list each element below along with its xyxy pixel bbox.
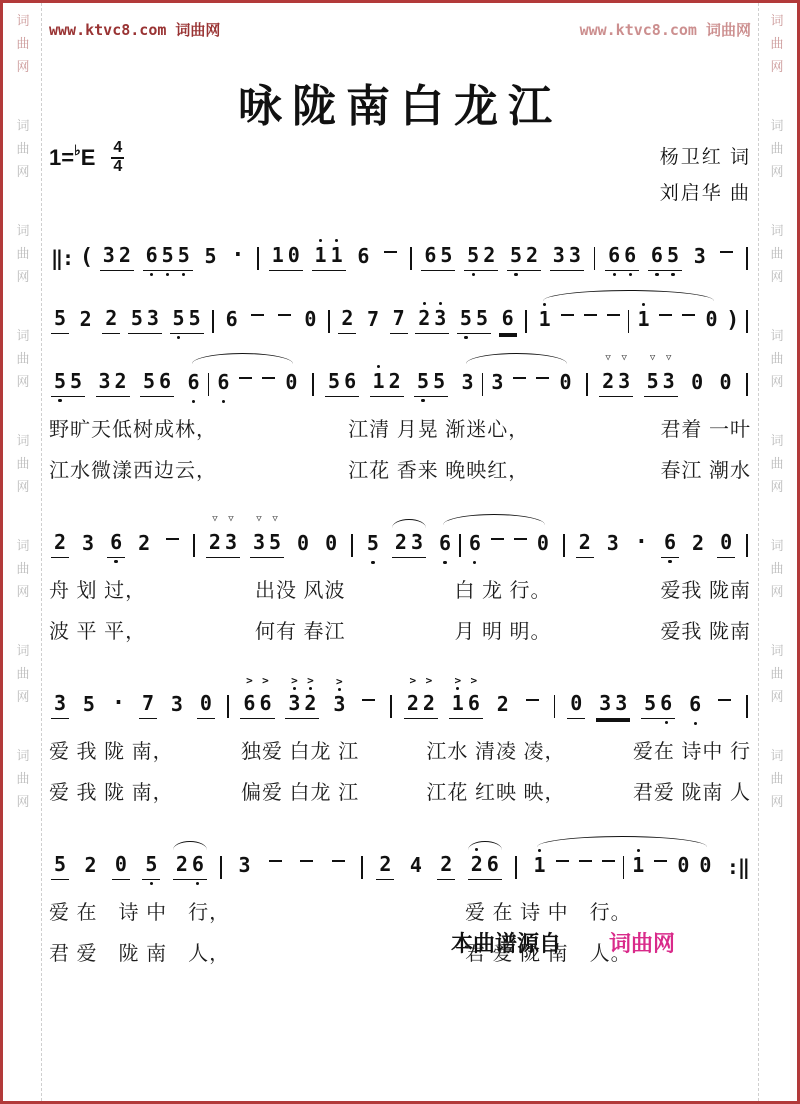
note-digit: 0 <box>718 370 734 394</box>
note-digit: 2> <box>405 691 421 715</box>
octave-dot-below <box>196 882 199 885</box>
note: 6 <box>499 306 517 334</box>
note-digit: 3 <box>489 370 505 394</box>
watermark-group: 词曲网 <box>16 744 29 813</box>
lyric-phrase: 爱 我 陇 南， <box>49 776 174 805</box>
note-digit <box>382 240 399 268</box>
note: 52 <box>507 243 541 271</box>
note-digit: 2 <box>690 531 706 555</box>
digit-glyph: 3 <box>491 370 503 394</box>
note-digit: 2> <box>421 691 437 715</box>
octave-dot-below <box>443 561 446 564</box>
octave-dot-below <box>166 273 169 276</box>
note-digit: 2 <box>393 530 409 554</box>
digit-glyph: 3 <box>569 243 581 267</box>
note: 4 <box>407 853 425 880</box>
note: 55 <box>414 369 448 397</box>
note-digit <box>582 303 599 331</box>
digit-glyph: 3 <box>333 692 345 716</box>
digit-glyph: 6 <box>217 370 229 394</box>
note-digit <box>237 366 254 394</box>
barline <box>212 310 214 333</box>
digit-glyph: 0 <box>677 853 689 877</box>
note <box>163 527 182 558</box>
note-digit: 0 <box>286 243 302 267</box>
accent-mark: > <box>410 676 417 685</box>
digit-glyph: 6 <box>439 531 451 555</box>
barline <box>746 534 748 557</box>
tie-slur: 330 <box>457 366 577 397</box>
note-digit: 3> <box>331 692 347 716</box>
digit-glyph: 6 <box>243 691 255 715</box>
note: 6>6> <box>240 691 274 719</box>
accent-mark: > <box>246 676 253 685</box>
digit-glyph: 0 <box>297 531 309 555</box>
note-digit: 1 <box>371 369 387 393</box>
duration-dash <box>278 303 291 327</box>
watermark-group: 词曲网 <box>16 219 29 288</box>
lyrics-row: 爱 我 陇 南，偏爱 白龙 江江花 红映 映，君爱 陇南 人 <box>49 776 751 805</box>
music-line-3: 5532566605612553302▽3▽5▽3▽00 <box>49 348 751 409</box>
digit-glyph: 3 <box>434 306 446 330</box>
note: 2 <box>437 852 455 880</box>
note <box>656 303 675 334</box>
digit-glyph: 2 <box>389 369 401 393</box>
lyrics-row: 野旷天低树成林，江清 月晃 渐迷心，君着 一叶 <box>49 413 751 442</box>
note: 3>2> <box>285 691 319 719</box>
note: 2 <box>81 853 99 880</box>
note-digit: · <box>110 692 127 716</box>
digit-glyph: 0 <box>559 370 571 394</box>
note-digit: 0 <box>295 531 311 555</box>
lyric-phrase: 爱我 陇南 <box>660 615 751 644</box>
note-digit: 2 <box>82 853 98 877</box>
note-digit: 2▽ <box>600 369 616 393</box>
key-letter: E <box>81 145 96 171</box>
digit-glyph: 2 <box>80 307 92 331</box>
note-digit: 2 <box>387 369 403 393</box>
note-digit <box>657 303 674 331</box>
duration-dash <box>602 849 615 873</box>
watermark-group: 词曲网 <box>770 219 783 288</box>
digit-glyph: 5 <box>162 243 174 267</box>
digit-glyph: 3 <box>411 530 423 554</box>
octave-dot-below <box>222 400 225 403</box>
watermark-group: 词曲网 <box>16 429 29 498</box>
note-digit: 3 <box>605 531 621 555</box>
digit-glyph: 6 <box>357 244 369 268</box>
digit-glyph: 1 <box>452 691 464 715</box>
note: 2 <box>576 530 594 558</box>
footer-site-link[interactable]: 词曲网 <box>609 927 675 958</box>
note: 3 <box>51 691 69 719</box>
note-digit: 5 <box>176 243 192 267</box>
note-digit: 5 <box>171 306 187 330</box>
site-link-right[interactable]: www.ktvc8.com 词曲网 <box>580 19 751 40</box>
lyric-phrase: 爱 在 诗 中 行， <box>49 896 230 925</box>
digit-glyph: 0 <box>288 243 300 267</box>
barline <box>328 310 330 333</box>
lyric-phrase: 君爱 陇南 人 <box>633 776 751 805</box>
note-digit: 6 <box>157 369 173 393</box>
note: 0 <box>322 531 340 558</box>
duration-dash <box>166 527 179 551</box>
digit-glyph: 2 <box>209 530 221 554</box>
note: 65 <box>648 243 682 271</box>
digit-glyph: 2 <box>304 691 316 715</box>
digit-glyph: 5 <box>328 369 340 393</box>
digit-glyph: 3 <box>607 531 619 555</box>
note-digit: 3 <box>97 369 113 393</box>
note: 52 <box>464 243 498 271</box>
digit-glyph: 7 <box>367 307 379 331</box>
note-digit: 2▽ <box>207 530 223 554</box>
digit-glyph: 6 <box>226 307 238 331</box>
accent-mark: > <box>262 676 269 685</box>
digit-glyph: 0 <box>705 307 717 331</box>
octave-dot-below <box>694 722 697 725</box>
duration-dash <box>513 366 526 390</box>
note: 5 <box>142 852 160 880</box>
note-digit: · <box>229 244 246 268</box>
octave-dot-above <box>538 849 541 852</box>
lyrics-row: 波 平 平，何有 春江月 明 明。爱我 陇南 <box>49 615 751 644</box>
digit-glyph: 6 <box>660 691 672 715</box>
note: 0 <box>696 853 714 880</box>
note-digit: 0 <box>703 307 719 331</box>
barline <box>554 695 556 718</box>
digit-glyph: 2 <box>423 691 435 715</box>
score-system: 52253556027723556110) <box>49 285 751 346</box>
note: 1 <box>530 853 548 880</box>
note-digit: 3 <box>169 692 185 716</box>
lyric-phrase: 野旷天低树成林， <box>49 413 217 442</box>
note-digit: 2 <box>495 692 511 716</box>
note: 33 <box>596 691 630 719</box>
barline <box>227 695 229 718</box>
note-digit: 2 <box>339 306 355 330</box>
digit-glyph: 3 <box>599 691 611 715</box>
digit-glyph: 0 <box>304 307 316 331</box>
note: 11 <box>312 243 346 271</box>
note-digit <box>716 688 733 716</box>
note: 56 <box>641 691 675 719</box>
lyrics-row: 爱 在 诗 中 行，爱 在 诗 中 行。 <box>49 896 632 925</box>
note: 33 <box>550 243 584 271</box>
score-system: 35·7306>6>3>2>3>2>2>1>6>2033566爱 我 陇 南，独… <box>49 670 751 805</box>
note: 66 <box>605 243 639 271</box>
note <box>297 849 316 880</box>
octave-dot-above <box>475 848 478 851</box>
note: 6 <box>354 244 372 271</box>
note: 1 <box>536 307 554 334</box>
octave-dot-above <box>456 687 459 690</box>
digit-glyph: 5 <box>476 306 488 330</box>
note: 5 <box>201 244 219 271</box>
note-digit: 6 <box>190 852 206 876</box>
digit-glyph: 3 <box>171 692 183 716</box>
time-signature: 4 4 <box>111 140 124 176</box>
digit-glyph: 0 <box>720 370 732 394</box>
barline <box>312 373 314 396</box>
note-digit: 0 <box>302 307 318 331</box>
note-digit: 3 <box>460 370 476 394</box>
digit-glyph: 1 <box>539 307 551 331</box>
note-digit: 2 <box>577 530 593 554</box>
barline <box>628 310 630 333</box>
note: 55 <box>457 306 491 334</box>
digit-glyph: 5 <box>644 691 656 715</box>
duration-dash <box>362 688 375 712</box>
lyric-phrase: 偏爱 白龙 江 <box>241 776 359 805</box>
duration-dash <box>262 366 275 390</box>
note: 5 <box>364 531 382 558</box>
duration-dash <box>251 303 264 327</box>
note-digit <box>276 303 293 331</box>
note <box>381 240 400 271</box>
note-digit: 2 <box>377 852 393 876</box>
digit-glyph: 2 <box>395 530 407 554</box>
music-line-4: 23622▽3▽3▽5▽0052366023·620 <box>49 509 751 570</box>
note: 55 <box>51 369 85 397</box>
note-digit: 3▽ <box>661 369 677 393</box>
augmentation-dot: · <box>231 243 244 268</box>
duration-dash <box>269 849 282 873</box>
triangle-mark: ▽ <box>650 354 655 363</box>
digit-glyph: 6 <box>651 243 663 267</box>
barline <box>623 856 625 879</box>
digit-glyph: 6 <box>424 243 436 267</box>
digit-glyph: 3 <box>147 306 159 330</box>
lyricist: 杨卫红 词 <box>660 140 751 176</box>
note-digit: 5 <box>508 243 524 267</box>
digit-glyph: 2 <box>602 369 614 393</box>
lyric-phrase: 出没 风波 <box>255 574 346 603</box>
accent-mark: > <box>307 676 314 685</box>
note-digit: 6 <box>108 530 124 554</box>
barline <box>208 373 210 396</box>
triangle-mark: ▽ <box>666 354 671 363</box>
note-digit: 3 <box>80 531 96 555</box>
note <box>510 366 529 397</box>
digit-glyph: 2 <box>138 531 150 555</box>
note: 2 <box>376 852 394 880</box>
note <box>359 688 378 719</box>
digit-glyph: 0 <box>285 370 297 394</box>
digit-glyph: 6 <box>192 852 204 876</box>
note: 3 <box>79 531 97 558</box>
note-digit <box>298 849 315 877</box>
watermark-group: 词曲网 <box>770 324 783 393</box>
digit-glyph: 6 <box>487 852 499 876</box>
note <box>553 849 572 880</box>
watermark-group: 词曲网 <box>770 534 783 603</box>
digit-glyph: 5 <box>433 369 445 393</box>
note-digit: 3 <box>145 306 161 330</box>
note-digit: 5 <box>52 852 68 876</box>
lyric-phrase: 爱 在 诗 中 行。 <box>465 896 632 925</box>
note-digit: 4 <box>408 853 424 877</box>
note: 0 <box>556 370 574 397</box>
digit-glyph: 0 <box>570 691 582 715</box>
note: 2 <box>689 531 707 558</box>
octave-dot-above <box>338 688 341 691</box>
digit-glyph: 2 <box>407 691 419 715</box>
note-digit: 5 <box>143 852 159 876</box>
note <box>266 849 285 880</box>
octave-dot-below <box>177 336 180 339</box>
note: 0 <box>567 691 585 719</box>
note-digit: 6 <box>342 369 358 393</box>
octave-dot-below <box>182 273 185 276</box>
accent-mark: > <box>454 676 461 685</box>
note: 3 <box>168 692 186 719</box>
tie-slur: 23 <box>390 530 428 558</box>
lyric-phrase: 月 明 明。 <box>454 615 551 644</box>
note: 0 <box>294 531 312 558</box>
note-digit: 2 <box>117 243 133 267</box>
watermark-group: 词曲网 <box>770 744 783 813</box>
triangle-mark: ▽ <box>621 354 626 363</box>
digit-glyph: 2 <box>526 243 538 267</box>
duration-dash <box>300 849 313 873</box>
note-digit: 5 <box>141 369 157 393</box>
digit-glyph: 5 <box>647 369 659 393</box>
note-digit: 1 <box>537 307 553 331</box>
lyric-phrase: 君着 一叶 <box>660 413 751 442</box>
octave-dot-below <box>668 560 671 563</box>
note-digit: 5 <box>129 306 145 330</box>
note-digit: 6 <box>662 530 678 554</box>
note-digit: 0 <box>535 531 551 555</box>
note-digit <box>164 527 181 555</box>
tie-slur: 1100 <box>528 849 716 880</box>
digit-glyph: 5 <box>178 243 190 267</box>
note-digit: 3▽ <box>251 530 267 554</box>
triangle-mark: ▽ <box>256 515 261 524</box>
note-digit: 2 <box>438 852 454 876</box>
flat-icon: ♭ <box>74 142 81 159</box>
note-digit: 5 <box>474 306 490 330</box>
digit-glyph: 3 <box>663 369 675 393</box>
octave-dot-below <box>58 399 61 402</box>
watermark-group: 词曲网 <box>770 639 783 708</box>
barline <box>746 373 748 396</box>
note-digit: 6 <box>467 531 483 555</box>
digit-glyph: 6 <box>664 530 676 554</box>
note-digit: 1 <box>531 853 547 877</box>
digit-glyph: 2 <box>692 531 704 555</box>
watermark-group: 词曲网 <box>16 534 29 603</box>
duration-dash <box>514 527 527 551</box>
note <box>581 303 600 334</box>
note: 0 <box>112 852 130 880</box>
digit-glyph: 3 <box>288 691 300 715</box>
digit-glyph: 2 <box>418 306 430 330</box>
octave-dot-below <box>192 400 195 403</box>
lyric-phrase: 舟 划 过， <box>49 574 146 603</box>
note-digit <box>577 849 594 877</box>
lyric-phrase: 波 平 平， <box>49 615 146 644</box>
lyric-phrase: 江水微漾西边云， <box>49 454 217 483</box>
octave-dot-above <box>335 239 338 242</box>
note: 2▽3▽ <box>206 530 240 558</box>
digit-glyph: 2 <box>471 852 483 876</box>
digit-glyph: 3 <box>99 369 111 393</box>
note-digit: 3 <box>237 853 253 877</box>
note: 1 <box>634 307 652 334</box>
note-digit: 6> <box>241 691 257 715</box>
note: 0 <box>688 370 706 397</box>
triangle-mark: ▽ <box>212 515 217 524</box>
note: 1 <box>629 853 647 880</box>
footer: 本曲谱源自 词曲网 <box>451 927 675 958</box>
digit-glyph: 3 <box>103 243 115 267</box>
digit-glyph: 5 <box>145 852 157 876</box>
note-digit: 5 <box>458 306 474 330</box>
note: 6 <box>686 692 704 719</box>
left-dashed-border <box>41 3 42 1101</box>
note-digit: 3 <box>613 691 629 715</box>
page-content: www.ktvc8.com 词曲网 www.ktvc8.com 词曲网 咏陇南白… <box>49 3 751 992</box>
note-digit: 3 <box>567 243 583 267</box>
digit-glyph: 5 <box>667 243 679 267</box>
note: 6 <box>661 530 679 558</box>
note <box>236 366 255 397</box>
octave-dot-below <box>473 561 476 564</box>
digit-glyph: 3 <box>615 691 627 715</box>
note-digit: 2 <box>78 307 94 331</box>
lyric-phrase: 爱我 陇南 <box>660 574 751 603</box>
duration-dash <box>536 366 549 390</box>
digit-glyph: 3 <box>82 531 94 555</box>
note-digit: 0 <box>557 370 573 394</box>
note-digit: 6> <box>257 691 273 715</box>
digit-glyph: 1 <box>373 369 385 393</box>
note <box>558 303 577 334</box>
note-digit <box>249 303 266 331</box>
digit-glyph: 5 <box>54 369 66 393</box>
barline <box>361 856 363 879</box>
octave-dot-above <box>423 302 426 305</box>
note: 3 <box>488 370 506 397</box>
music-line-1: ‖:(326555·101166552523366653 <box>49 222 751 283</box>
note-digit: 6 <box>649 243 665 267</box>
octave-dot-below <box>514 273 517 276</box>
note-digit: 5▽ <box>267 530 283 554</box>
accent-mark: > <box>291 676 298 685</box>
digit-glyph: 0 <box>115 852 127 876</box>
site-link-left[interactable]: www.ktvc8.com 词曲网 <box>49 19 220 40</box>
digit-glyph: 5 <box>440 243 452 267</box>
duration-dash <box>718 688 731 712</box>
note-digit: 6 <box>687 692 703 716</box>
note-digit: 5 <box>160 243 176 267</box>
digit-glyph: 3 <box>694 244 706 268</box>
digit-glyph: 2 <box>497 692 509 716</box>
digit-glyph: 2 <box>483 243 495 267</box>
note-digit: 3 <box>692 244 708 268</box>
note-digit: 0 <box>198 691 214 715</box>
octave-dot-above <box>309 687 312 690</box>
score-system: ‖:(326555·101166552523366653 <box>49 222 751 283</box>
parenthesis: ) <box>726 309 739 334</box>
digit-glyph: 1 <box>632 853 644 877</box>
note: 6 <box>223 307 241 334</box>
digit-glyph: 4 <box>410 853 422 877</box>
note <box>259 366 278 397</box>
note: 7 <box>390 306 408 334</box>
